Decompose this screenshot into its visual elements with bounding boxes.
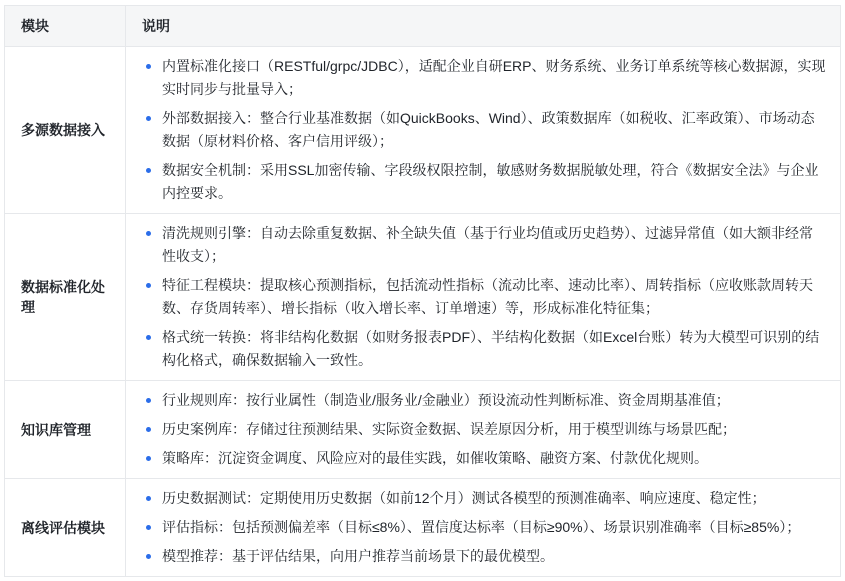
table-row: 多源数据接入 内置标准化接口（RESTful/grpc/JDBC），适配企业自研… <box>5 47 841 214</box>
bullet-text: 评估指标：包括预测偏差率（目标≤8%）、置信度达标率（目标≥90%）、场景识别准… <box>162 519 800 535</box>
description-cell: 历史数据测试：定期使用历史数据（如前12个月）测试各模型的预测准确率、响应速度、… <box>126 479 841 577</box>
bullet-text: 策略库：沉淀资金调度、风险应对的最佳实践，如催收策略、融资方案、付款优化规则。 <box>162 450 708 466</box>
bullet-item: 格式统一转换：将非结构化数据（如财务报表PDF）、半结构化数据（如Excel台账… <box>142 326 826 372</box>
description-cell: 行业规则库：按行业属性（制造业/服务业/金融业）预设流动性判断标准、资金周期基准… <box>126 381 841 479</box>
module-cell-knowledge-base: 知识库管理 <box>5 381 126 479</box>
bullet-dot-icon <box>146 496 151 501</box>
bullet-item: 外部数据接入：整合行业基准数据（如QuickBooks、Wind）、政策数据库（… <box>142 107 826 153</box>
bullet-text: 清洗规则引擎：自动去除重复数据、补全缺失值（基于行业均值或历史趋势）、过滤异常值… <box>162 225 813 264</box>
bullet-text: 历史案例库：存储过往预测结果、实际资金数据、误差原因分析，用于模型训练与场景匹配… <box>162 421 736 437</box>
bullet-text: 外部数据接入：整合行业基准数据（如QuickBooks、Wind）、政策数据库（… <box>162 110 815 149</box>
bullet-dot-icon <box>146 398 151 403</box>
module-description-table: 模块 说明 多源数据接入 内置标准化接口（RESTful/grpc/JDBC），… <box>4 5 841 577</box>
bullet-item: 数据安全机制：采用SSL加密传输、字段级权限控制，敏感财务数据脱敏处理，符合《数… <box>142 159 826 205</box>
bullet-text: 格式统一转换：将非结构化数据（如财务报表PDF）、半结构化数据（如Excel台账… <box>162 329 819 368</box>
bullet-text: 行业规则库：按行业属性（制造业/服务业/金融业）预设流动性判断标准、资金周期基准… <box>162 392 730 408</box>
bullet-dot-icon <box>146 231 151 236</box>
bullet-text: 特征工程模块：提取核心预测指标，包括流动性指标（流动比率、速动比率）、周转指标（… <box>162 277 813 316</box>
bullet-text: 模型推荐：基于评估结果，向用户推荐当前场景下的最优模型。 <box>162 548 554 564</box>
bullet-item: 历史案例库：存储过往预测结果、实际资金数据、误差原因分析，用于模型训练与场景匹配… <box>142 418 826 441</box>
bullet-item: 策略库：沉淀资金调度、风险应对的最佳实践，如催收策略、融资方案、付款优化规则。 <box>142 447 826 470</box>
bullet-dot-icon <box>146 525 151 530</box>
bullet-item: 内置标准化接口（RESTful/grpc/JDBC），适配企业自研ERP、财务系… <box>142 55 826 101</box>
bullet-dot-icon <box>146 554 151 559</box>
bullet-text: 数据安全机制：采用SSL加密传输、字段级权限控制，敏感财务数据脱敏处理，符合《数… <box>162 162 818 201</box>
description-cell: 内置标准化接口（RESTful/grpc/JDBC），适配企业自研ERP、财务系… <box>126 47 841 214</box>
bullet-item: 清洗规则引擎：自动去除重复数据、补全缺失值（基于行业均值或历史趋势）、过滤异常值… <box>142 222 826 268</box>
bullet-item: 行业规则库：按行业属性（制造业/服务业/金融业）预设流动性判断标准、资金周期基准… <box>142 389 826 412</box>
bullet-text: 内置标准化接口（RESTful/grpc/JDBC），适配企业自研ERP、财务系… <box>162 58 825 97</box>
module-cell-data-standardization: 数据标准化处理 <box>5 214 126 381</box>
table-row: 数据标准化处理 清洗规则引擎：自动去除重复数据、补全缺失值（基于行业均值或历史趋… <box>5 214 841 381</box>
bullet-dot-icon <box>146 64 151 69</box>
bullet-list: 历史数据测试：定期使用历史数据（如前12个月）测试各模型的预测准确率、响应速度、… <box>142 487 826 568</box>
bullet-list: 清洗规则引擎：自动去除重复数据、补全缺失值（基于行业均值或历史趋势）、过滤异常值… <box>142 222 826 372</box>
bullet-item: 特征工程模块：提取核心预测指标，包括流动性指标（流动比率、速动比率）、周转指标（… <box>142 274 826 320</box>
table-row: 离线评估模块 历史数据测试：定期使用历史数据（如前12个月）测试各模型的预测准确… <box>5 479 841 577</box>
bullet-dot-icon <box>146 116 151 121</box>
bullet-dot-icon <box>146 283 151 288</box>
bullet-text: 历史数据测试：定期使用历史数据（如前12个月）测试各模型的预测准确率、响应速度、… <box>162 490 766 506</box>
bullet-dot-icon <box>146 335 151 340</box>
bullet-dot-icon <box>146 456 151 461</box>
description-cell: 清洗规则引擎：自动去除重复数据、补全缺失值（基于行业均值或历史趋势）、过滤异常值… <box>126 214 841 381</box>
bullet-dot-icon <box>146 427 151 432</box>
header-row: 模块 说明 <box>5 6 841 47</box>
bullet-item: 评估指标：包括预测偏差率（目标≤8%）、置信度达标率（目标≥90%）、场景识别准… <box>142 516 826 539</box>
bullet-list: 内置标准化接口（RESTful/grpc/JDBC），适配企业自研ERP、财务系… <box>142 55 826 205</box>
bullet-item: 历史数据测试：定期使用历史数据（如前12个月）测试各模型的预测准确率、响应速度、… <box>142 487 826 510</box>
col-header-description: 说明 <box>126 6 841 47</box>
col-header-module: 模块 <box>5 6 126 47</box>
bullet-list: 行业规则库：按行业属性（制造业/服务业/金融业）预设流动性判断标准、资金周期基准… <box>142 389 826 470</box>
table-row: 知识库管理 行业规则库：按行业属性（制造业/服务业/金融业）预设流动性判断标准、… <box>5 381 841 479</box>
module-cell-offline-evaluation: 离线评估模块 <box>5 479 126 577</box>
module-cell-multi-source-data: 多源数据接入 <box>5 47 126 214</box>
bullet-item: 模型推荐：基于评估结果，向用户推荐当前场景下的最优模型。 <box>142 545 826 568</box>
page: 模块 说明 多源数据接入 内置标准化接口（RESTful/grpc/JDBC），… <box>0 0 845 581</box>
bullet-dot-icon <box>146 168 151 173</box>
